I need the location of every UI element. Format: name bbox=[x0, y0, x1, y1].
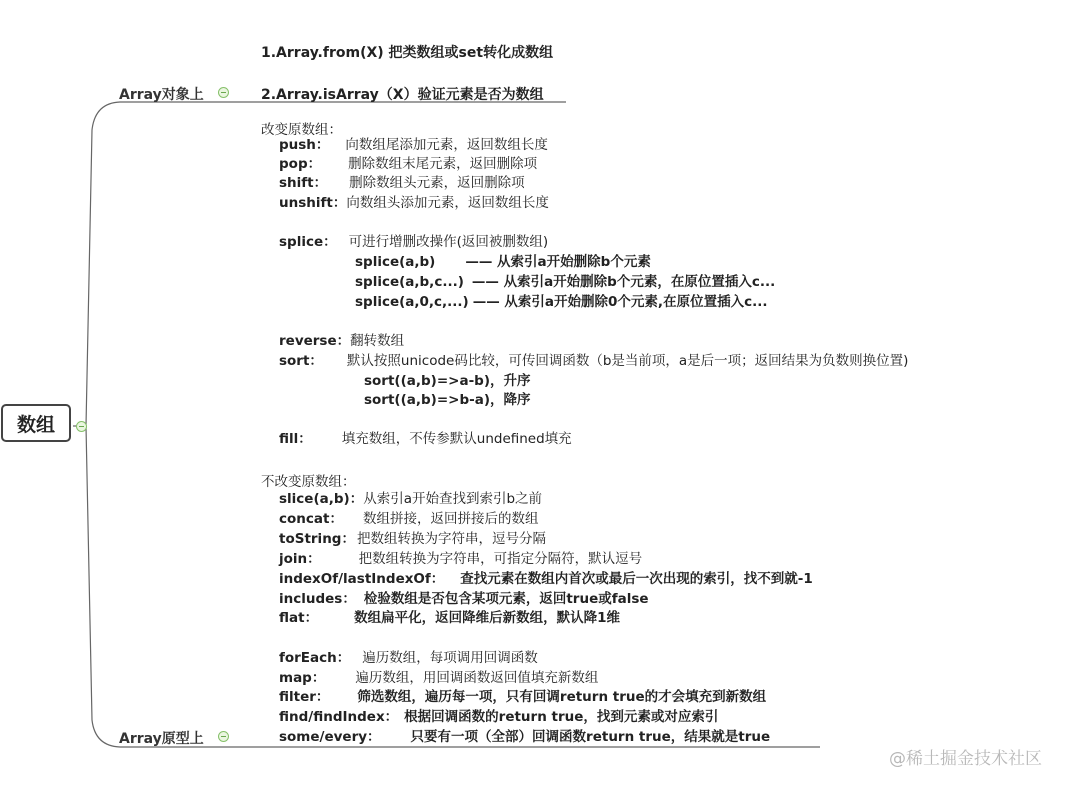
method-map: map：遍历数组，用回调函数返回值填充新数组 bbox=[279, 669, 598, 688]
array-from-item[interactable]: 1.Array.from(X) 把类数组或set转化成数组 bbox=[261, 42, 553, 62]
root-collapse-icon[interactable] bbox=[76, 421, 87, 432]
method-join: join：把数组转换为字符串，可指定分隔符，默认逗号 bbox=[279, 550, 642, 569]
method-splice-ab: splice(a,b)—— 从索引a开始删除b个元素 bbox=[355, 253, 651, 272]
method-unshift: unshift：向数组头添加元素，返回数组长度 bbox=[279, 194, 549, 213]
method-find: find/findIndex：根据回调函数的return true，找到元素或对… bbox=[279, 708, 718, 727]
branch-prototype-collapse-icon[interactable] bbox=[218, 731, 229, 742]
branch-object-collapse-icon[interactable] bbox=[218, 87, 229, 98]
root-node[interactable]: 数组 bbox=[1, 404, 71, 442]
method-tostring: toString：把数组转换为字符串，逗号分隔 bbox=[279, 530, 546, 549]
method-filter: filter：筛选数组，遍历每一项，只有回调return true的才会填充到新… bbox=[279, 688, 766, 707]
root-label: 数组 bbox=[17, 410, 55, 437]
method-splice: splice：可进行增删改操作(返回被删数组) bbox=[279, 233, 548, 252]
method-fill: fill：填充数组，不传参默认undefined填充 bbox=[279, 430, 572, 449]
method-sort-asc: sort((a,b)=>a-b)，升序 bbox=[364, 372, 531, 391]
method-some-every: some/every：只要有一项（全部）回调函数return true，结果就是… bbox=[279, 728, 770, 747]
branch-array-prototype-label: Array原型上 bbox=[119, 731, 204, 747]
method-reverse: reverse：翻转数组 bbox=[279, 332, 404, 351]
method-foreach: forEach：遍历数组，每项调用回调函数 bbox=[279, 649, 538, 668]
method-sort-desc: sort((a,b)=>b-a)，降序 bbox=[364, 391, 531, 410]
method-sort: sort：默认按照unicode码比较，可传回调函数（b是当前项，a是后一项；返… bbox=[279, 352, 908, 371]
method-includes: includes：检验数组是否包含某项元素，返回true或false bbox=[279, 590, 649, 609]
watermark: @稀土掘金技术社区 bbox=[889, 744, 1042, 769]
method-indexof: indexOf/lastIndexOf：查找元素在数组内首次或最后一次出现的索引… bbox=[279, 570, 813, 589]
method-push: push：向数组尾添加元素，返回数组长度 bbox=[279, 136, 548, 155]
method-splice-a0c: splice(a,0,c,...)—— 从索引a开始删除0个元素,在原位置插入c… bbox=[355, 293, 767, 312]
branch-array-object[interactable]: Array对象上 bbox=[119, 84, 204, 104]
method-slice: slice(a,b)：从索引a开始查找到索引b之前 bbox=[279, 490, 542, 509]
method-shift: shift：删除数组头元素，返回删除项 bbox=[279, 174, 525, 193]
method-splice-abc: splice(a,b,c...)—— 从索引a开始删除b个元素，在原位置插入c.… bbox=[355, 273, 775, 292]
non-mutating-heading: 不改变原数组： bbox=[261, 470, 356, 490]
method-concat: concat：数组拼接，返回拼接后的数组 bbox=[279, 510, 538, 529]
array-isarray-item[interactable]: 2.Array.isArray（X）验证元素是否为数组 bbox=[261, 84, 544, 104]
method-flat: flat：数组扁平化，返回降维后新数组，默认降1维 bbox=[279, 609, 620, 628]
branch-array-prototype[interactable]: Array原型上 bbox=[119, 728, 204, 748]
mutating-heading: 改变原数组： bbox=[261, 118, 342, 138]
method-pop: pop：删除数组末尾元素，返回删除项 bbox=[279, 155, 537, 174]
branch-array-object-label: Array对象上 bbox=[119, 87, 204, 103]
